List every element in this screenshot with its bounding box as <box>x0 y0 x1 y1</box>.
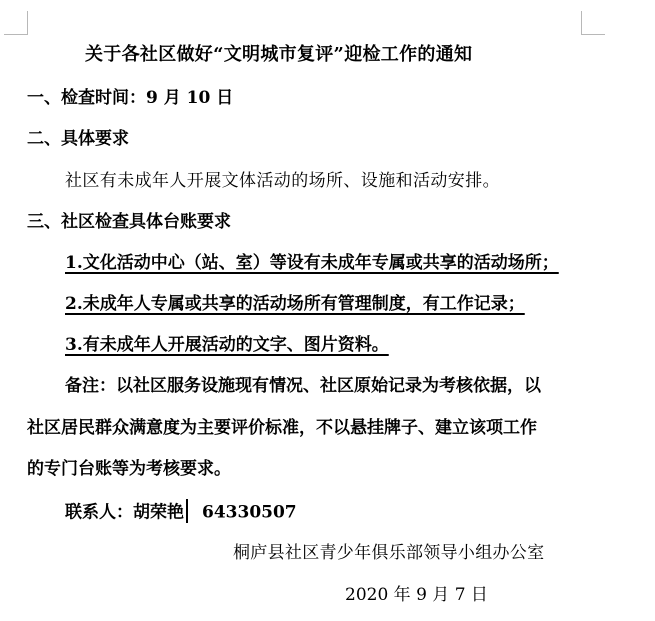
signature-date: 2020 年 9 月 7 日 <box>345 584 488 606</box>
requirement-item-1: 1.文化活动中心（站、室）等设有未成年专属或共享的活动场所； <box>65 252 559 274</box>
document-title: 关于各社区做好“文明城市复评”迎检工作的通知 <box>85 44 472 66</box>
contact-phone: 64330507 <box>202 503 297 523</box>
section1-heading: 一、检查时间：9 月 10 日 <box>27 87 233 109</box>
signature-organization: 桐庐县社区青少年俱乐部领导小组办公室 <box>233 542 544 564</box>
requirement-item-3: 3.有未成年人开展活动的文字、图片资料。 <box>65 334 389 356</box>
section2-body: 社区有未成年人开展文体活动的场所、设施和活动安排。 <box>65 170 500 192</box>
section3-heading: 三、社区检查具体台账要求 <box>27 211 231 233</box>
section2-heading: 二、具体要求 <box>27 128 129 150</box>
contact-label: 联系人：胡荣艳 <box>65 503 184 523</box>
remark-line-1: 备注：以社区服务设施现有情况、社区原始记录为考核依据，以 <box>65 375 541 397</box>
requirement-item-2: 2.未成年人专属或共享的活动场所有管理制度，有工作记录； <box>65 293 525 315</box>
remark-line-2: 社区居民群众满意度为主要评价标准，不以悬挂牌子、建立该项工作 <box>27 417 537 439</box>
remark-line-3: 的专门台账等为考核要求。 <box>27 458 231 480</box>
text-cursor <box>186 499 188 523</box>
contact-line: 联系人：胡荣艳64330507 <box>65 501 297 525</box>
